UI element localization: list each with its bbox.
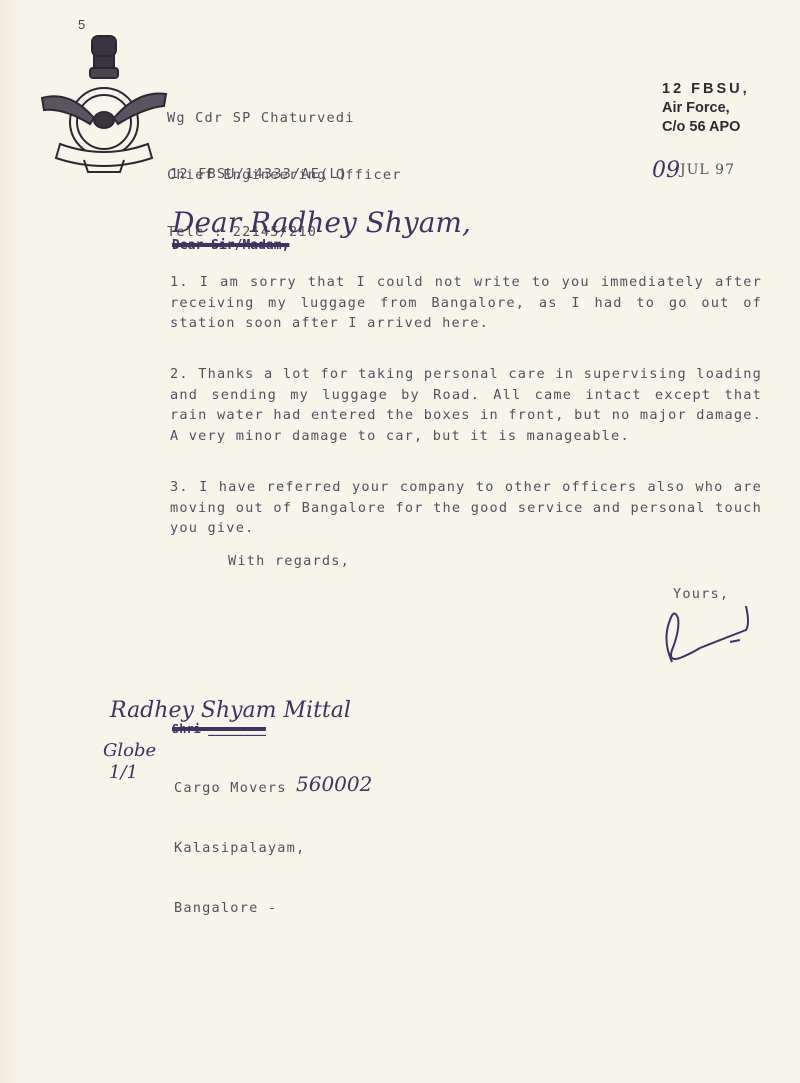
- date-month-year: JUL 97: [680, 162, 735, 178]
- letter-page: 5 Wg Cdr SP Chaturvedi Chief Engineering…: [0, 0, 800, 1083]
- recipient-name-handwritten: Radhey Shyam Mittal: [110, 698, 351, 723]
- salutation-struck-out: Dear Sir/Madam,: [172, 238, 289, 253]
- recipient-line-1: Cargo Movers: [174, 778, 305, 798]
- paragraph-3: 3. I have referred your company to other…: [170, 477, 762, 539]
- recipient-handwritten-prefix: Globe 1/1: [103, 740, 156, 784]
- unit-line-2: Air Force,: [662, 99, 750, 118]
- paragraph-2: 2. Thanks a lot for taking personal care…: [170, 364, 762, 446]
- indian-air-force-crest-icon: [40, 32, 168, 174]
- recipient-line-2: Kalasipalayam,: [174, 838, 305, 858]
- unit-line-1: 12 FBSU,: [662, 80, 750, 99]
- page-number: 5: [78, 17, 85, 32]
- paper-edge-shadow: [0, 0, 18, 1083]
- salutation-handwritten: Dear Radhey Shyam,: [172, 206, 471, 239]
- unit-address: 12 FBSU, Air Force, C/o 56 APO: [662, 80, 750, 137]
- date-day: 09: [652, 158, 680, 183]
- recipient-address: Cargo Movers Kalasipalayam, Bangalore -: [174, 738, 305, 958]
- closing: With regards,: [228, 553, 350, 569]
- globe-text: Globe: [103, 740, 156, 762]
- paragraph-1: 1. I am sorry that I could not write to …: [170, 272, 762, 334]
- unit-line-3: C/o 56 APO: [662, 118, 750, 137]
- signature-icon: [660, 600, 760, 670]
- recipient-pin-handwritten: 560002: [296, 772, 372, 796]
- reference-number: 12 FBSU/14333/AE(L): [170, 166, 348, 182]
- sender-name: Wg Cdr SP Chaturvedi: [167, 109, 402, 128]
- recipient-struck-out: Shri ________: [172, 722, 266, 736]
- recipient-line-3: Bangalore -: [174, 898, 305, 918]
- globe-number: 1/1: [103, 762, 156, 784]
